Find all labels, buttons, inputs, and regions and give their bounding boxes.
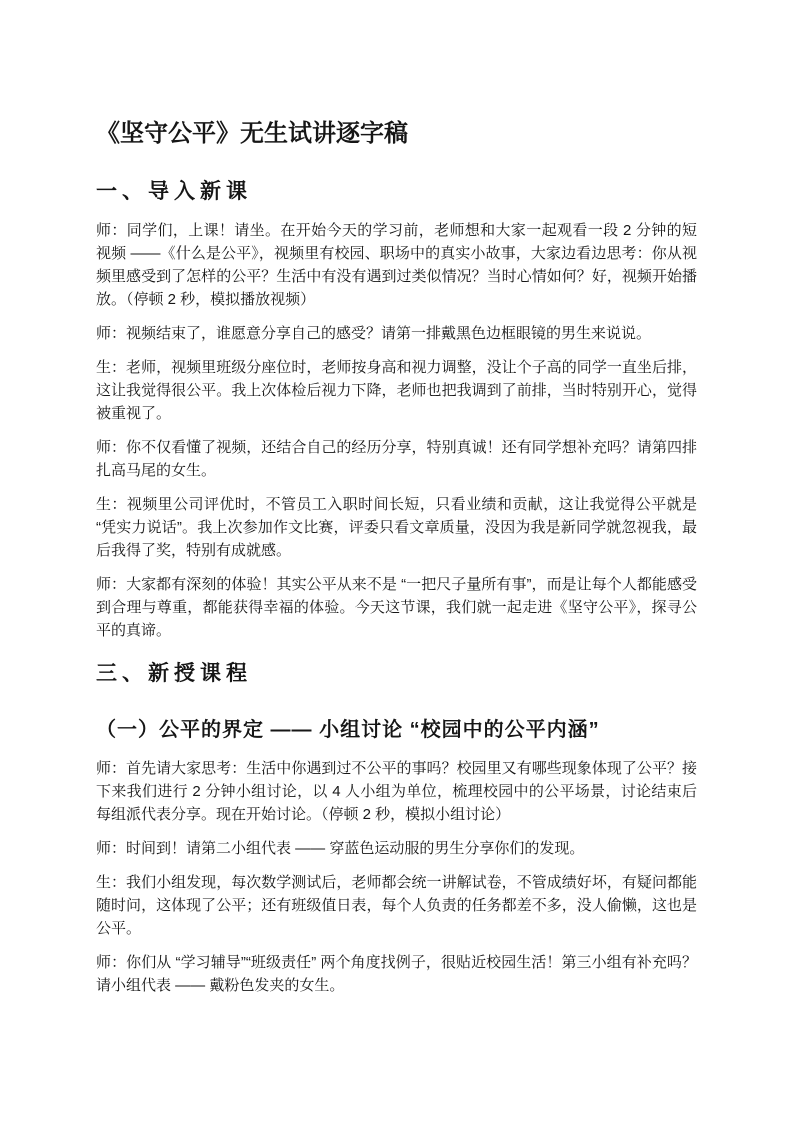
heading-lead-in: 一、导入新课	[96, 178, 697, 206]
para-student-group-findings: 生：我们小组发现，每次数学测试后，老师都会统一讲解试卷，不管成绩好坏，有疑问都能…	[96, 871, 697, 940]
para-student-company-award: 生：视频里公司评优时，不管员工入职时间长短，只看业绩和贡献，这让我觉得公平就是 …	[96, 493, 697, 562]
para-teacher-praise-ask-more: 师：你不仅看懂了视频，还结合自己的经历分享，特别真诚！还有同学想补充吗？请第四排…	[96, 436, 697, 482]
para-teacher-feedback: 师：你们从 “学习辅导”“班级责任” 两个角度找例子，很贴近校园生活！第三小组有…	[96, 951, 697, 997]
subheading-fairness-definition: （一）公平的界定 —— 小组讨论 “校园中的公平内涵”	[96, 717, 697, 744]
para-teacher-discussion-setup: 师：首先请大家思考：生活中你遇到过不公平的事吗？校园里又有哪些现象体现了公平？接…	[96, 757, 697, 826]
para-teacher-time-up: 师：时间到！请第二小组代表 —— 穿蓝色运动服的男生分享你们的发现。	[96, 837, 697, 860]
para-teacher-video-intro: 师：同学们，上课！请坐。在开始今天的学习前，老师想和大家一起观看一段 2 分钟的…	[96, 219, 697, 311]
para-student-seating: 生：老师，视频里班级分座位时，老师按身高和视力调整，没让个子高的同学一直坐后排，…	[96, 356, 697, 425]
para-teacher-summary: 师：大家都有深刻的体验！其实公平从来不是 “一把尺子量所有事”，而是让每个人都能…	[96, 573, 697, 642]
document-page: 《坚守公平》无生试讲逐字稿 一、导入新课 师：同学们，上课！请坐。在开始今天的学…	[0, 0, 793, 1122]
heading-new-lesson: 三、新授课程	[96, 660, 697, 688]
para-teacher-ask-share: 师：视频结束了，谁愿意分享自己的感受？请第一排戴黑色边框眼镜的男生来说说。	[96, 322, 697, 345]
doc-title: 《坚守公平》无生试讲逐字稿	[96, 118, 697, 149]
